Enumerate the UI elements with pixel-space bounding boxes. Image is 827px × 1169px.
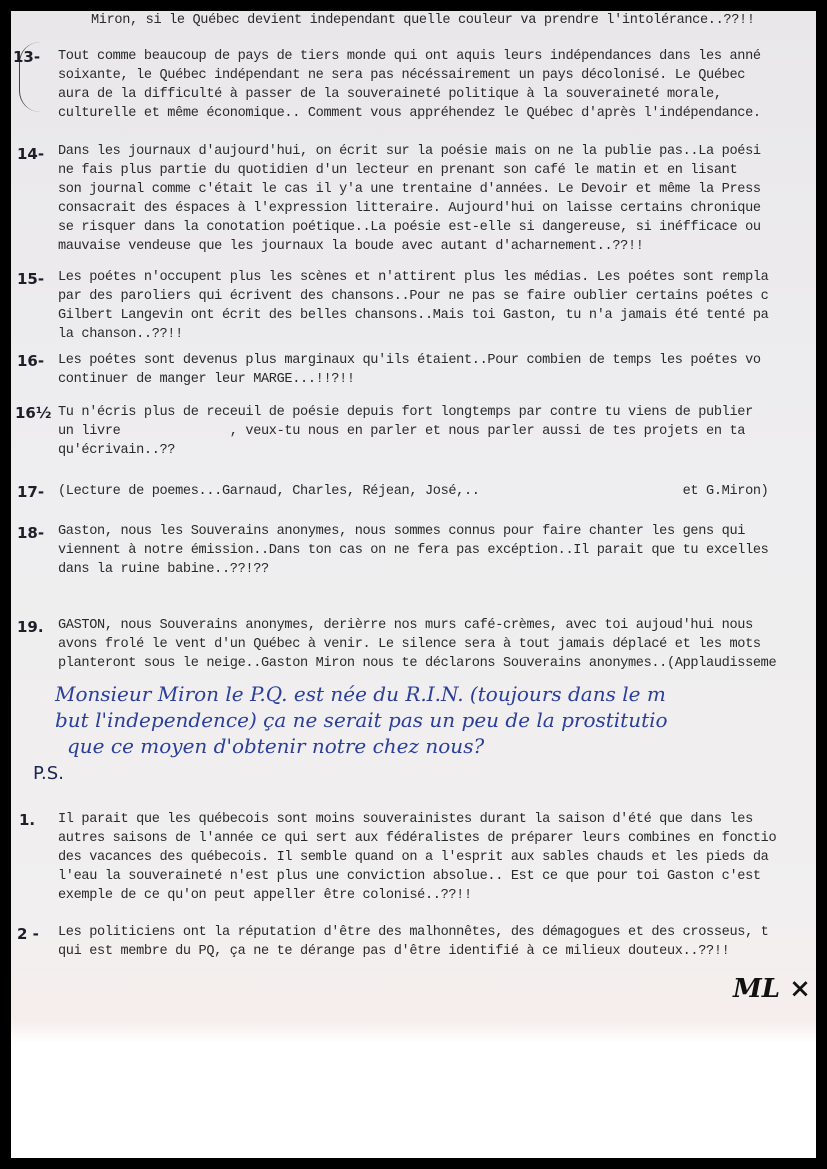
- handwritten-note: Monsieur Miron le P.Q. est née du R.I.N.…: [55, 681, 668, 759]
- question-number: 17-: [17, 483, 44, 501]
- question-number: 16½: [15, 404, 51, 422]
- question-13: Tout comme beaucoup de pays de tiers mon…: [58, 47, 761, 123]
- question-16-half: Tu n'écris plus de receuil de poésie dep…: [58, 403, 753, 460]
- ps-question-1: Il parait que les québecois sont moins s…: [58, 810, 776, 905]
- question-number: 14-: [17, 145, 44, 163]
- header-line: Miron, si le Québec devient independant …: [91, 11, 755, 30]
- question-number: 15-: [17, 270, 44, 288]
- scanned-page: Miron, si le Québec devient independant …: [11, 11, 816, 1158]
- question-number: 13-: [13, 48, 40, 66]
- signature: ML ×: [733, 974, 811, 1004]
- question-17: (Lecture de poemes...Garnaud, Charles, R…: [58, 482, 769, 501]
- question-number: 1.: [19, 811, 35, 829]
- question-15: Les poétes n'occupent plus les scènes et…: [58, 268, 769, 344]
- question-14: Dans les journaux d'aujourd'hui, on écri…: [58, 142, 761, 256]
- question-18: Gaston, nous les Souverains anonymes, no…: [58, 522, 769, 579]
- ps-question-2: Les politiciens ont la réputation d'être…: [58, 923, 769, 961]
- question-16: Les poétes sont devenus plus marginaux q…: [58, 351, 761, 389]
- question-number: 16-: [17, 352, 44, 370]
- blank-margin: [11, 1046, 816, 1158]
- ps-label: P.S.: [33, 763, 64, 784]
- question-19: GASTON, nous Souverains anonymes, derièr…: [58, 616, 776, 673]
- question-number: 18-: [17, 524, 44, 542]
- question-number: 2 -: [17, 925, 39, 943]
- question-number: 19.: [17, 618, 44, 636]
